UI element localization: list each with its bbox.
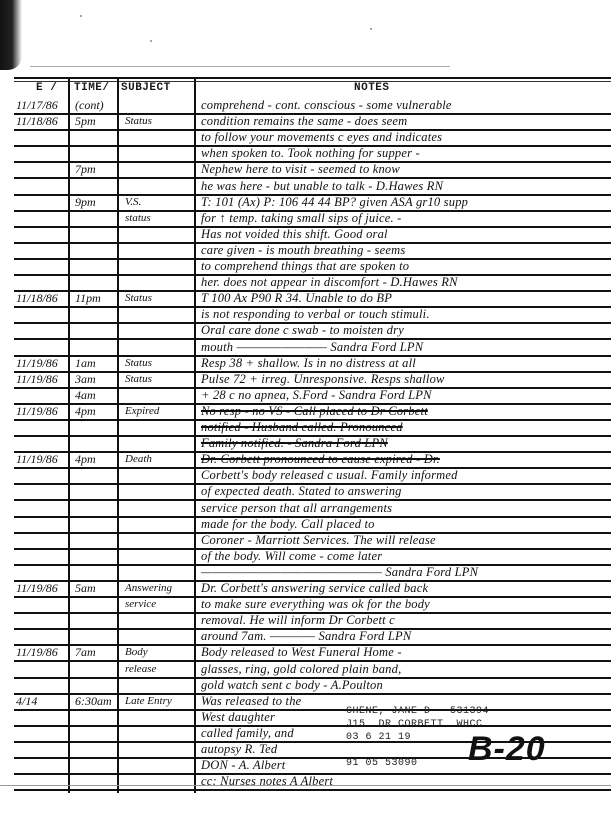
subject-cell bbox=[119, 677, 199, 693]
date-cell bbox=[14, 387, 69, 403]
time-cell bbox=[69, 178, 123, 194]
subject-cell: Expired bbox=[119, 403, 199, 419]
form-bottom-rule bbox=[0, 785, 611, 786]
subject-cell bbox=[119, 516, 199, 532]
faint-form-rule bbox=[30, 66, 450, 67]
time-cell bbox=[69, 741, 123, 757]
note-cell: Dr. Corbett's answering service called b… bbox=[197, 580, 611, 596]
date-cell bbox=[14, 612, 69, 628]
form-top-rule bbox=[14, 77, 611, 79]
date-cell bbox=[14, 145, 69, 161]
note-cell: to comprehend things that are spoken to bbox=[197, 258, 611, 274]
date-cell bbox=[14, 596, 69, 612]
date-cell bbox=[14, 532, 69, 548]
date-cell bbox=[14, 322, 69, 338]
time-cell bbox=[69, 725, 123, 741]
note-cell: care given - is mouth breathing - seems bbox=[197, 242, 611, 258]
note-cell: Nephew here to visit - seemed to know bbox=[197, 161, 611, 177]
date-cell bbox=[14, 178, 69, 194]
date-cell bbox=[14, 628, 69, 644]
time-cell: 7am bbox=[69, 644, 123, 660]
time-cell: 5pm bbox=[69, 113, 123, 129]
note-cell: cc: Nurses notes A Albert bbox=[197, 773, 351, 789]
time-cell bbox=[69, 339, 123, 355]
note-cell: Has not voided this shift. Good oral bbox=[197, 226, 611, 242]
subject-cell bbox=[119, 145, 199, 161]
subject-cell bbox=[119, 258, 199, 274]
date-cell bbox=[14, 500, 69, 516]
date-cell bbox=[14, 741, 69, 757]
date-cell bbox=[14, 274, 69, 290]
time-cell bbox=[69, 773, 123, 789]
date-cell bbox=[14, 757, 69, 773]
subject-cell bbox=[119, 161, 199, 177]
time-cell: 4am bbox=[69, 387, 123, 403]
note-cell: her. does not appear in discomfort - D.H… bbox=[197, 274, 611, 290]
note-cell: mouth ———————— Sandra Ford LPN bbox=[197, 339, 611, 355]
note-cell: service person that all arrangements bbox=[197, 500, 611, 516]
subject-cell: Answering bbox=[119, 580, 199, 596]
subject-cell: Status bbox=[119, 290, 199, 306]
note-cell: notified - Husband called. Pronounced bbox=[197, 419, 611, 435]
note-cell: DON - A. Albert bbox=[197, 757, 351, 773]
date-cell bbox=[14, 242, 69, 258]
header-time: TIME/ bbox=[74, 80, 110, 96]
time-cell bbox=[69, 628, 123, 644]
time-cell bbox=[69, 419, 123, 435]
date-cell bbox=[14, 661, 69, 677]
note-cell: Coroner - Marriott Services. The will re… bbox=[197, 532, 611, 548]
date-cell: 11/17/86 bbox=[14, 97, 69, 113]
note-cell: ———————————————— Sandra Ford LPN bbox=[197, 564, 611, 580]
note-cell: when spoken to. Took nothing for supper … bbox=[197, 145, 611, 161]
page-label: B-20 bbox=[468, 730, 546, 769]
scan-speck bbox=[370, 28, 372, 30]
note-cell: for ↑ temp. taking small sips of juice. … bbox=[197, 210, 611, 226]
note-cell: he was here - but unable to talk - D.Haw… bbox=[197, 178, 611, 194]
note-cell: removal. He will inform Dr Corbett c bbox=[197, 612, 611, 628]
note-cell: glasses, ring, gold colored plain band, bbox=[197, 661, 611, 677]
date-cell: 11/19/86 bbox=[14, 451, 69, 467]
subject-cell bbox=[119, 419, 199, 435]
note-cell: Pulse 72 + irreg. Unresponsive. Resps sh… bbox=[197, 371, 611, 387]
subject-cell bbox=[119, 500, 199, 516]
nursing-notes-form: E / TIME/ SUBJECT NOTES 11/17/86(cont)co… bbox=[14, 77, 611, 793]
header-notes: NOTES bbox=[354, 80, 390, 96]
date-cell bbox=[14, 516, 69, 532]
time-cell: 5am bbox=[69, 580, 123, 596]
note-cell: comprehend - cont. conscious - some vuln… bbox=[197, 97, 611, 113]
note-cell: + 28 c no apnea, S.Ford - Sandra Ford LP… bbox=[197, 387, 611, 403]
subject-cell: Body bbox=[119, 644, 199, 660]
note-cell: Corbett's body released c usual. Family … bbox=[197, 467, 611, 483]
note-cell: called family, and bbox=[197, 725, 351, 741]
time-cell bbox=[69, 709, 123, 725]
note-cell: autopsy R. Ted bbox=[197, 741, 351, 757]
date-cell bbox=[14, 129, 69, 145]
note-cell: T 100 Ax P90 R 34. Unable to do BP bbox=[197, 290, 611, 306]
note-cell: gold watch sent c body - A.Poulton bbox=[197, 677, 611, 693]
note-cell: to make sure everything was ok for the b… bbox=[197, 596, 611, 612]
time-cell bbox=[69, 661, 123, 677]
time-cell bbox=[69, 612, 123, 628]
date-cell: 11/19/86 bbox=[14, 371, 69, 387]
date-cell: 4/14 bbox=[14, 693, 69, 709]
scan-speck bbox=[150, 40, 152, 42]
date-cell: 11/19/86 bbox=[14, 403, 69, 419]
date-cell bbox=[14, 161, 69, 177]
subject-cell: service bbox=[119, 596, 199, 612]
time-cell bbox=[69, 532, 123, 548]
scan-shadow-edge bbox=[0, 0, 22, 70]
time-cell bbox=[69, 467, 123, 483]
time-cell bbox=[69, 274, 123, 290]
note-cell: Dr. Corbett pronounced to cause expired … bbox=[197, 451, 611, 467]
note-cell: is not responding to verbal or touch sti… bbox=[197, 306, 611, 322]
date-cell: 11/18/86 bbox=[14, 290, 69, 306]
date-cell: 11/19/86 bbox=[14, 644, 69, 660]
date-cell bbox=[14, 467, 69, 483]
subject-cell bbox=[119, 564, 199, 580]
date-cell bbox=[14, 548, 69, 564]
subject-cell bbox=[119, 773, 199, 789]
date-cell: 11/19/86 bbox=[14, 580, 69, 596]
note-cell: T: 101 (Ax) P: 106 44 44 BP? given ASA g… bbox=[197, 194, 611, 210]
subject-cell: Death bbox=[119, 451, 199, 467]
note-cell: condition remains the same - does seem bbox=[197, 113, 611, 129]
subject-cell bbox=[119, 97, 199, 113]
time-cell bbox=[69, 435, 123, 451]
subject-cell bbox=[119, 178, 199, 194]
note-cell: Oral care done c swab - to moisten dry bbox=[197, 322, 611, 338]
table-row: cc: Nurses notes A Albert bbox=[14, 773, 611, 791]
note-cell: Family notified. - Sandra Ford LPN bbox=[197, 435, 611, 451]
time-cell bbox=[69, 145, 123, 161]
subject-cell: status bbox=[119, 210, 199, 226]
date-cell bbox=[14, 306, 69, 322]
note-cell: West daughter bbox=[197, 709, 351, 725]
subject-cell bbox=[119, 322, 199, 338]
time-cell bbox=[69, 500, 123, 516]
note-cell: Resp 38 + shallow. Is in no distress at … bbox=[197, 355, 611, 371]
time-cell bbox=[69, 322, 123, 338]
date-cell bbox=[14, 339, 69, 355]
date-cell bbox=[14, 194, 69, 210]
time-cell: 11pm bbox=[69, 290, 123, 306]
date-cell bbox=[14, 258, 69, 274]
subject-cell bbox=[119, 628, 199, 644]
time-cell bbox=[69, 596, 123, 612]
note-cell: of the body. Will come - come later bbox=[197, 548, 611, 564]
time-cell bbox=[69, 516, 123, 532]
subject-cell bbox=[119, 242, 199, 258]
time-cell bbox=[69, 757, 123, 773]
time-cell bbox=[69, 226, 123, 242]
note-cell: of expected death. Stated to answering bbox=[197, 483, 611, 499]
time-cell bbox=[69, 483, 123, 499]
note-cell: Body released to West Funeral Home - bbox=[197, 644, 611, 660]
subject-cell bbox=[119, 741, 199, 757]
subject-cell bbox=[119, 339, 199, 355]
time-cell: 1am bbox=[69, 355, 123, 371]
subject-cell bbox=[119, 725, 199, 741]
subject-cell bbox=[119, 757, 199, 773]
subject-cell: V.S. bbox=[119, 194, 199, 210]
subject-cell bbox=[119, 306, 199, 322]
time-cell bbox=[69, 210, 123, 226]
subject-cell bbox=[119, 435, 199, 451]
date-cell bbox=[14, 709, 69, 725]
time-cell bbox=[69, 564, 123, 580]
time-cell: (cont) bbox=[69, 97, 123, 113]
subject-cell bbox=[119, 548, 199, 564]
subject-cell bbox=[119, 387, 199, 403]
header-subject: SUBJECT bbox=[121, 80, 171, 96]
date-cell bbox=[14, 226, 69, 242]
subject-cell bbox=[119, 532, 199, 548]
subject-cell: Late Entry bbox=[119, 693, 199, 709]
time-cell bbox=[69, 129, 123, 145]
time-cell bbox=[69, 306, 123, 322]
date-cell bbox=[14, 773, 69, 789]
date-cell bbox=[14, 210, 69, 226]
subject-cell: Status bbox=[119, 355, 199, 371]
note-cell: around 7am. ———— Sandra Ford LPN bbox=[197, 628, 611, 644]
subject-cell bbox=[119, 467, 199, 483]
time-cell bbox=[69, 677, 123, 693]
stamp-patient-name: CHENE, JANE D 531394 bbox=[346, 705, 496, 718]
subject-cell bbox=[119, 612, 199, 628]
date-cell: 11/19/86 bbox=[14, 355, 69, 371]
time-cell: 4pm bbox=[69, 403, 123, 419]
subject-cell bbox=[119, 129, 199, 145]
time-cell: 6:30am bbox=[69, 693, 123, 709]
subject-cell: release bbox=[119, 661, 199, 677]
subject-cell bbox=[119, 483, 199, 499]
date-cell bbox=[14, 677, 69, 693]
time-cell: 3am bbox=[69, 371, 123, 387]
time-cell bbox=[69, 548, 123, 564]
time-cell: 7pm bbox=[69, 161, 123, 177]
note-cell: made for the body. Call placed to bbox=[197, 516, 611, 532]
subject-cell bbox=[119, 709, 199, 725]
time-cell bbox=[69, 258, 123, 274]
date-cell bbox=[14, 435, 69, 451]
subject-cell: Status bbox=[119, 113, 199, 129]
scan-speck bbox=[80, 15, 82, 17]
date-cell bbox=[14, 725, 69, 741]
subject-cell bbox=[119, 226, 199, 242]
date-cell bbox=[14, 564, 69, 580]
header-date: E / bbox=[36, 80, 57, 96]
date-cell: 11/18/86 bbox=[14, 113, 69, 129]
subject-cell: Status bbox=[119, 371, 199, 387]
time-cell: 9pm bbox=[69, 194, 123, 210]
time-cell: 4pm bbox=[69, 451, 123, 467]
date-cell bbox=[14, 483, 69, 499]
date-cell bbox=[14, 419, 69, 435]
subject-cell bbox=[119, 274, 199, 290]
note-cell: to follow your movements c eyes and indi… bbox=[197, 129, 611, 145]
note-cell: No resp - no VS - Call placed to Dr Corb… bbox=[197, 403, 611, 419]
time-cell bbox=[69, 242, 123, 258]
